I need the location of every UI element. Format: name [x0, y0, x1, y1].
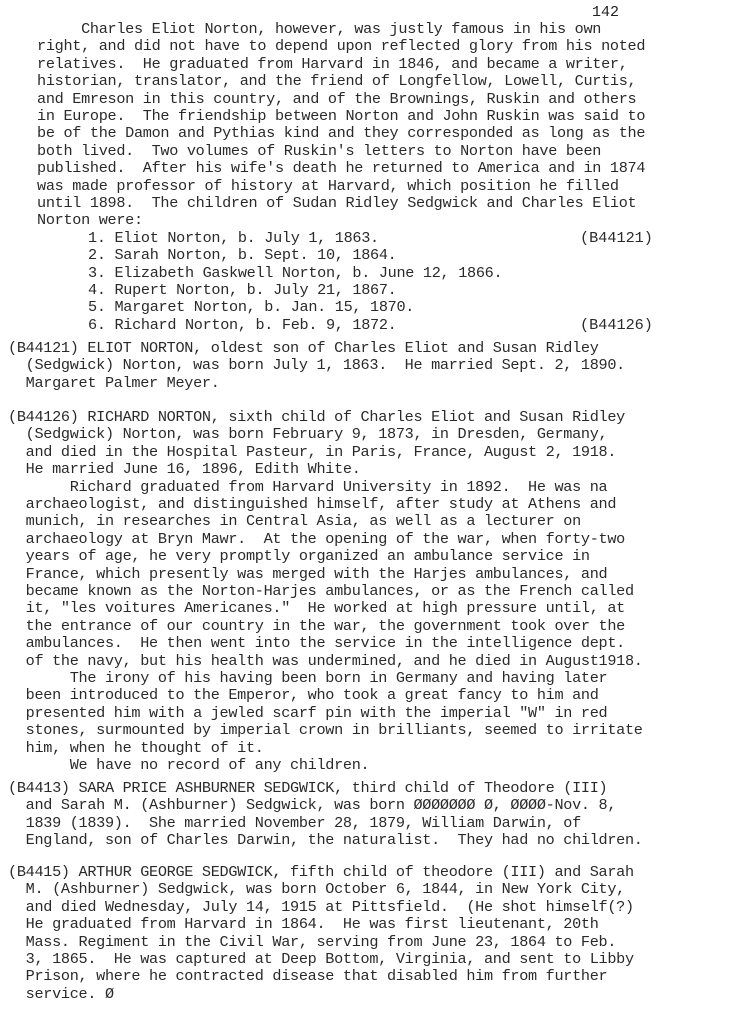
entry-b44126-line: been introduced to the Emperor, who took… — [8, 687, 599, 704]
entry-b44126-line: We have no record of any children. — [8, 757, 369, 774]
child-list-item: 5. Margaret Norton, b. Jan. 15, 1870. — [88, 299, 414, 316]
entry-b4415-line: (B4415) ARTHUR GEORGE SEDGWICK, fifth ch… — [8, 864, 634, 881]
intro-line: was made professor of history at Harvard… — [37, 178, 619, 195]
intro-line: Norton were: — [37, 212, 143, 229]
entry-b4415-line: He graduated from Harvard in 1864. He wa… — [8, 916, 599, 933]
intro-line: historian, translator, and the friend of… — [37, 73, 636, 90]
entry-b4415-line: Mass. Regiment in the Civil War, serving… — [8, 934, 616, 951]
intro-line: Charles Eliot Norton, however, was justl… — [37, 21, 601, 38]
entry-b4415-line: M. (Ashburner) Sedgwick, was born Octobe… — [8, 881, 625, 898]
entry-b4415-line: service. Ø — [8, 986, 114, 1003]
intro-line: and Emreson in this country, and of the … — [37, 91, 636, 108]
intro-line: relatives. He graduated from Harvard in … — [37, 56, 628, 73]
entry-b44126-line: the entrance of our country in the war, … — [8, 618, 625, 635]
entry-b4415-line: Prison, where he contracted disease that… — [8, 968, 607, 985]
child-reference-id: (B44126) — [580, 317, 653, 334]
intro-line: both lived. Two volumes of Ruskin's lett… — [37, 143, 601, 160]
entry-b44126-line: him, when he thought of it. — [8, 740, 264, 757]
entry-b44126-line: stones, surmounted by imperial crown in … — [8, 722, 643, 739]
intro-line: be of the Damon and Pythias kind and the… — [37, 125, 645, 142]
intro-line: in Europe. The friendship between Norton… — [37, 108, 645, 125]
entry-b44126-line: archaeology at Bryn Mawr. At the opening… — [8, 531, 625, 548]
entry-b44126-line: He married June 16, 1896, Edith White. — [8, 461, 361, 478]
entry-b44121-line: Margaret Palmer Meyer. — [8, 375, 220, 392]
entry-b44126-line: presented him with a jewled scarf pin wi… — [8, 705, 607, 722]
entry-b44126-line: and died in the Hospital Pasteur, in Par… — [8, 444, 616, 461]
intro-line: right, and did not have to depend upon r… — [37, 38, 645, 55]
entry-b44126-line: France, which presently was merged with … — [8, 566, 607, 583]
child-list-item: 4. Rupert Norton, b. July 21, 1867. — [88, 282, 397, 299]
child-list-item: 2. Sarah Norton, b. Sept. 10, 1864. — [88, 247, 397, 264]
entry-b44126-line: ambulances. He then went into the servic… — [8, 635, 625, 652]
entry-b44121-line: (B44121) ELIOT NORTON, oldest son of Cha… — [8, 340, 599, 357]
entry-b44126-line: (B44126) RICHARD NORTON, sixth child of … — [8, 409, 625, 426]
page-number: 142 — [592, 4, 619, 21]
child-reference-id: (B44121) — [580, 230, 653, 247]
entry-b44126-line: years of age, he very promptly organized… — [8, 548, 590, 565]
entry-b44126-line: munich, in researches in Central Asia, a… — [8, 513, 581, 530]
entry-b44126-line: of the navy, but his health was undermin… — [8, 653, 643, 670]
entry-b4413-line: (B4413) SARA PRICE ASHBURNER SEDGWICK, t… — [8, 780, 607, 797]
entry-b44126-line: The irony of his having been born in Ger… — [8, 670, 607, 687]
entry-b4413-line: England, son of Charles Darwin, the natu… — [8, 832, 643, 849]
entry-b44126-line: Richard graduated from Harvard Universit… — [8, 479, 607, 496]
entry-b44126-line: became known as the Norton-Harjes ambula… — [8, 583, 634, 600]
intro-line: until 1898. The children of Sudan Ridley… — [37, 195, 636, 212]
entry-b44126-line: it, "les voitures Americanes." He worked… — [8, 600, 625, 617]
entry-b4415-line: and died Wednesday, July 14, 1915 at Pit… — [8, 899, 634, 916]
child-list-item: 6. Richard Norton, b. Feb. 9, 1872. — [88, 317, 397, 334]
entry-b4415-line: 3, 1865. He was captured at Deep Bottom,… — [8, 951, 634, 968]
entry-b44126-line: (Sedgwick) Norton, was born February 9, … — [8, 426, 607, 443]
intro-line: published. After his wife's death he ret… — [37, 160, 645, 177]
entry-b44121-line: (Sedgwick) Norton, was born July 1, 1863… — [8, 357, 625, 374]
entry-b4413-line: and Sarah M. (Ashburner) Sedgwick, was b… — [8, 797, 616, 814]
child-list-item: 1. Eliot Norton, b. July 1, 1863. — [88, 230, 379, 247]
child-list-item: 3. Elizabeth Gaskwell Norton, b. June 12… — [88, 265, 502, 282]
document-page: 142 Charles Eliot Norton, however, was j… — [0, 0, 749, 1024]
entry-b4413-line: 1839 (1839). She married November 28, 18… — [8, 815, 581, 832]
entry-b44126-line: archaeologist, and distinguished himself… — [8, 496, 616, 513]
